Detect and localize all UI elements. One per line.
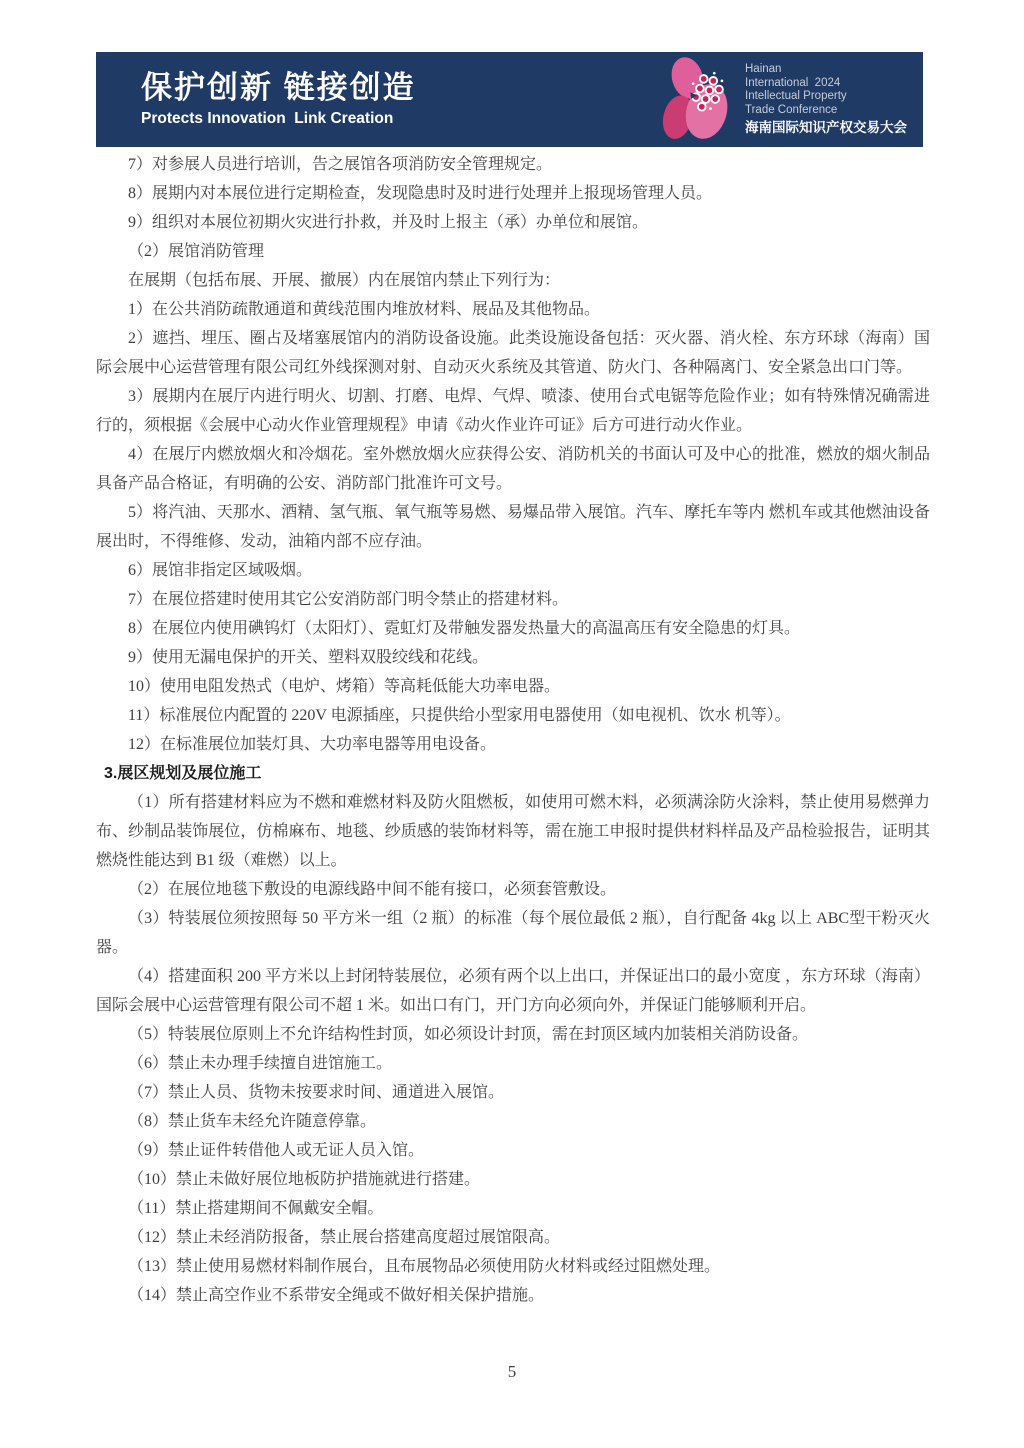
paragraph: （14）禁止高空作业不系带安全绳或不做好相关保护措施。 bbox=[96, 1281, 930, 1310]
page-footer: 5 bbox=[0, 1362, 1024, 1382]
paragraph: 1）在公共消防疏散通道和黄线范围内堆放材料、展品及其他物品。 bbox=[96, 295, 930, 324]
paragraph: 4）在展厅内燃放烟火和冷烟花。室外燃放烟火应获得公安、消防机关的书面认可及中心的… bbox=[96, 440, 930, 498]
paragraph: 9）使用无漏电保护的开关、塑料双股绞线和花线。 bbox=[96, 643, 930, 672]
page-number: 5 bbox=[508, 1362, 517, 1381]
paragraph: 6）展馆非指定区域吸烟。 bbox=[96, 556, 930, 585]
paragraph: （1）所有搭建材料应为不燃和难燃材料及防火阻燃板，如使用可燃木料，必须满涂防火涂… bbox=[96, 788, 930, 875]
document-page: 保护创新 链接创造 Protects Innovation Link Creat… bbox=[0, 0, 1024, 1448]
logo-text-en: HainanInternational 2024Intellectual Pro… bbox=[745, 63, 907, 117]
slogan-chinese: 保护创新 链接创造 bbox=[141, 70, 416, 106]
paragraph: （2）展馆消防管理 bbox=[96, 237, 930, 266]
paragraph: 2）遮挡、埋压、圈占及堵塞展馆内的消防设备设施。此类设施设备包括：灭火器、消火栓… bbox=[96, 324, 930, 382]
paragraph: （12）禁止未经消防报备，禁止展台搭建高度超过展馆限高。 bbox=[96, 1223, 930, 1252]
paragraph: （13）禁止使用易燃材料制作展台，且布展物品必须使用防火材料或经过阻燃处理。 bbox=[96, 1252, 930, 1281]
logo-text-en-line: Intellectual Property bbox=[745, 90, 907, 104]
conference-logo: HainanInternational 2024Intellectual Pro… bbox=[658, 54, 907, 146]
section-heading: 3.展区规划及展位施工 bbox=[96, 759, 930, 788]
paragraph: （8）禁止货车未经允许随意停靠。 bbox=[96, 1107, 930, 1136]
paragraph: 在展期（包括布展、开展、撤展）内在展馆内禁止下列行为： bbox=[96, 266, 930, 295]
paragraph: （3）特装展位须按照每 50 平方米一组（2 瓶）的标准（每个展位最低 2 瓶）… bbox=[96, 904, 930, 962]
paragraph: （9）禁止证件转借他人或无证人员入馆。 bbox=[96, 1136, 930, 1165]
slogan-english: Protects Innovation Link Creation bbox=[141, 109, 416, 129]
paragraph: 3）展期内在展厅内进行明火、切割、打磨、电焊、气焊、喷漆、使用台式电锯等危险作业… bbox=[96, 382, 930, 440]
document-body: 7）对参展人员进行培训，告之展馆各项消防安全管理规定。8）展期内对本展位进行定期… bbox=[96, 150, 930, 1310]
paragraph: 7）对参展人员进行培训，告之展馆各项消防安全管理规定。 bbox=[96, 150, 930, 179]
paragraph: （7）禁止人员、货物未按要求时间、通道进入展馆。 bbox=[96, 1078, 930, 1107]
paragraph: 11）标准展位内配置的 220V 电源插座，只提供给小型家用电器使用（如电视机、… bbox=[96, 701, 930, 730]
paragraph: 8）展期内对本展位进行定期检查，发现隐患时及时进行处理并上报现场管理人员。 bbox=[96, 179, 930, 208]
paragraph: 5）将汽油、天那水、酒精、氢气瓶、氧气瓶等易燃、易爆品带入展馆。汽车、摩托车等内… bbox=[96, 498, 930, 556]
paragraph: （10）禁止未做好展位地板防护措施就进行搭建。 bbox=[96, 1165, 930, 1194]
logo-text: HainanInternational 2024Intellectual Pro… bbox=[745, 63, 907, 136]
hainan-flower-logo-icon bbox=[658, 54, 736, 146]
logo-text-cn: 海南国际知识产权交易大会 bbox=[745, 119, 907, 136]
paragraph: 10）使用电阻发热式（电炉、烤箱）等高耗低能大功率电器。 bbox=[96, 672, 930, 701]
paragraph: （11）禁止搭建期间不佩戴安全帽。 bbox=[96, 1194, 930, 1223]
paragraph: 8）在展位内使用碘钨灯（太阳灯）、霓虹灯及带触发器发热量大的高温高压有安全隐患的… bbox=[96, 614, 930, 643]
header-banner: 保护创新 链接创造 Protects Innovation Link Creat… bbox=[96, 52, 923, 147]
slogan-block: 保护创新 链接创造 Protects Innovation Link Creat… bbox=[141, 70, 416, 129]
paragraph: （2）在展位地毯下敷设的电源线路中间不能有接口，必须套管敷设。 bbox=[96, 875, 930, 904]
paragraph: （6）禁止未办理手续擅自进馆施工。 bbox=[96, 1049, 930, 1078]
logo-text-en-line: Hainan bbox=[745, 63, 907, 77]
paragraph: （4）搭建面积 200 平方米以上封闭特装展位，必须有两个以上出口，并保证出口的… bbox=[96, 962, 930, 1020]
paragraph: （5）特装展位原则上不允许结构性封顶，如必须设计封顶，需在封顶区域内加装相关消防… bbox=[96, 1020, 930, 1049]
paragraph: 7）在展位搭建时使用其它公安消防部门明令禁止的搭建材料。 bbox=[96, 585, 930, 614]
logo-text-en-line: Trade Conference bbox=[745, 104, 907, 118]
paragraph: 9）组织对本展位初期火灾进行扑救，并及时上报主（承）办单位和展馆。 bbox=[96, 208, 930, 237]
logo-text-en-line: International 2024 bbox=[745, 77, 907, 91]
paragraph: 12）在标准展位加装灯具、大功率电器等用电设备。 bbox=[96, 730, 930, 759]
